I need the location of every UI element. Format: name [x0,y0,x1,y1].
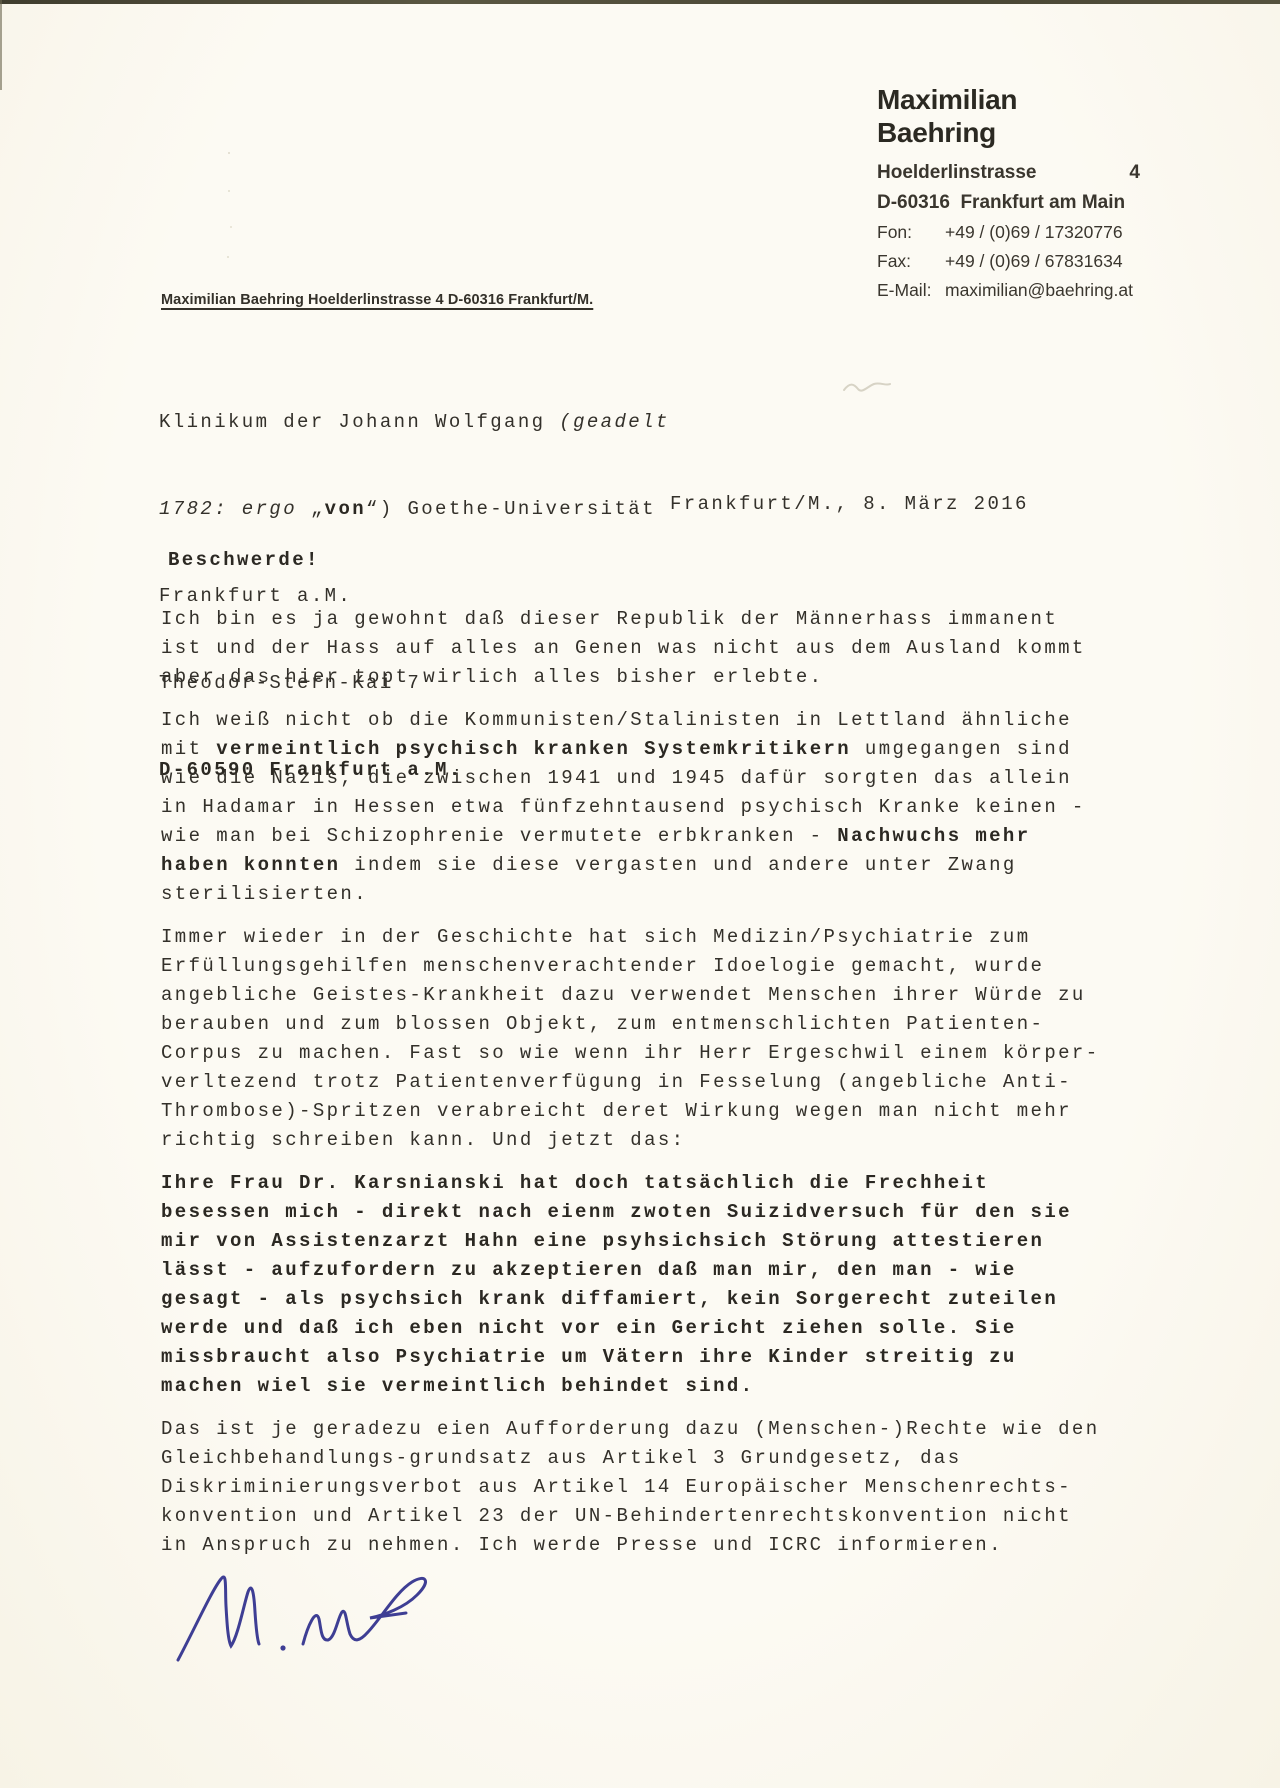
letter-paragraph: Ich bin es ja gewohnt daß dieser Republi… [161,605,1126,692]
letter-body: Ich bin es ja gewohnt daß dieser Republi… [161,605,1126,1574]
letterhead-name: Maximilian Baehring [877,83,1140,149]
letter-paragraph: Das ist je geradezu eien Aufforderung da… [161,1415,1126,1560]
fax-label: Fax: [877,247,945,276]
letter-paragraph: Ich weiß nicht ob die Kommunisten/Stalin… [161,706,1126,909]
phone-value: +49 / (0)69 / 17320776 [945,218,1123,247]
letter-paragraph: Ihre Frau Dr. Karsnianski hat doch tatsä… [161,1169,1126,1401]
letterhead-street-row: Hoelderlinstrasse 4 [877,158,1140,188]
phone-label: Fon: [877,218,945,247]
letterhead-city: D-60316 Frankfurt am Main [877,188,1140,218]
date-line: Frankfurt/M., 8. März 2016 [670,490,1029,519]
letterhead-email-row: E-Mail: maximilian@baehring.at [877,276,1140,305]
subject-line: Beschwerde! [168,546,320,575]
letterhead-street: Hoelderlinstrasse [877,158,1036,188]
sender-return-address: Maximilian Baehring Hoelderlinstrasse 4 … [161,292,593,308]
scan-artifact [838,372,898,402]
email-label: E-Mail: [877,276,945,305]
scan-artifact [228,152,230,154]
letter-page: { "colors": { "paper": "#fbf8f0", "ink":… [0,0,1280,1788]
recipient-line: Klinikum der Johann Wolfgang (geadelt [159,408,670,437]
signature-handwritten [150,1552,460,1682]
fax-value: +49 / (0)69 / 67831634 [945,247,1123,276]
scan-edge-left [0,0,2,90]
recipient-line: 1782: ergo „von“) Goethe-Universität [159,495,670,524]
scan-edge-top [0,0,1280,4]
letter-paragraph: Immer wieder in der Geschichte hat sich … [161,923,1126,1155]
letterhead: Maximilian Baehring Hoelderlinstrasse 4 … [877,83,1140,305]
letterhead-fax-row: Fax: +49 / (0)69 / 67831634 [877,247,1140,276]
email-value: maximilian@baehring.at [945,276,1133,305]
letterhead-street-number: 4 [1129,158,1140,188]
letterhead-phone-row: Fon: +49 / (0)69 / 17320776 [877,218,1140,247]
